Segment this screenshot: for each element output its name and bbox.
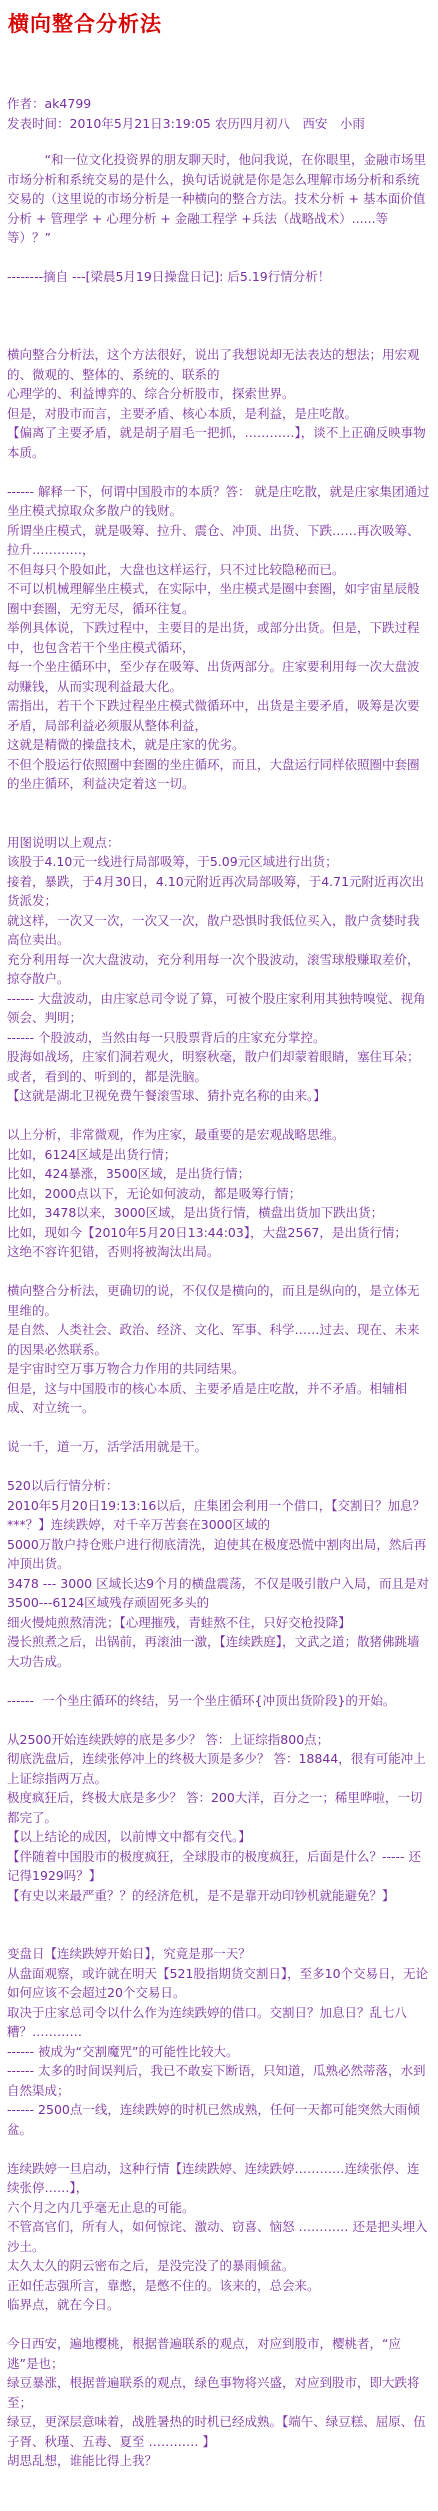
author-value: ak4799 [45, 96, 92, 111]
body-line: ------ 被成为“交割魔咒”的可能性比较大。 [7, 2042, 431, 2062]
body-line: 比如，6124区域是出货行情； [7, 1145, 431, 1165]
body-line: --------摘自 ---[梁晨5月19日操盘日记]: 后5.19行情分析！ [7, 267, 431, 287]
body-line: 不可以机械理解坐庄模式，在实际中，坐庄模式是圈中套圈，如宇宙星辰般圈中套圈，无穷… [7, 579, 431, 618]
body-line: 比如，现如今【2010年5月20日13:44:03】，大盘2567，是出货行情； [7, 1223, 431, 1243]
body-line: 临界点，就在今日。 [7, 2295, 431, 2315]
body-line: 这就是精微的操盘技术，就是庄家的优劣。 [7, 735, 431, 755]
body-line: 今日西安，遍地樱桃，根据普遍联系的观点，对应到股市，樱桃者，“应逃”是也； [7, 2334, 431, 2373]
publish-time-value: 2010年5月21日3:19:05 农历四月初八 西安 小雨 [70, 116, 365, 131]
body-line: 3478 --- 3000 区域长达9个月的横盘震荡，不仅是吸引散户入局，而且是… [7, 1574, 431, 1613]
body-line: 是自然、人类社会、政治、经济、文化、军事、科学……过去、现在、未来的因果必然联系… [7, 1320, 431, 1359]
body-line: 极度疯狂后，终极大底是多少？ 答：200大洋，百分之一；稀里哗啦，一切都完了。 [7, 1788, 431, 1827]
post-meta: 作者：ak4799 发表时间：2010年5月21日3:19:05 农历四月初八 … [7, 94, 431, 133]
blog-post-page: 横向整合分析法 作者：ak4799 发表时间：2010年5月21日3:19:05… [0, 0, 438, 2511]
body-line: 【伴随着中国股市的极度疯狂，全球股市的极度疯狂，后面是什么？----- 还记得1… [7, 1847, 431, 1886]
body-line: 但是，对股市而言，主要矛盾、核心本质，是利益，是庄吃散。 [7, 404, 431, 424]
post-body: “和一位文化投资界的朋友聊天时，他问我说，在你眼里，金融市场里市场分析和系统交易… [7, 150, 431, 2471]
body-line: 【有史以来最严重？？的经济危机，是不是靠开动印钞机就能避免？】 [7, 1886, 431, 1906]
blank-line [7, 1457, 431, 1477]
blank-line [7, 306, 431, 326]
body-line: 变盘日【连续跌婷开始日】，究竟是那一天？ [7, 1944, 431, 1964]
body-line: 用图说明以上观点： [7, 833, 431, 853]
blank-line [7, 2139, 431, 2159]
body-line: 横向整合分析法，这个方法很好，说出了我想说却无法表达的想法；用宏观的、微观的、整… [7, 345, 431, 384]
blank-line [7, 462, 431, 482]
blank-line [7, 1905, 431, 1925]
author-line: 作者：ak4799 [7, 94, 431, 114]
body-line: ------ 大盘波动，由庄家总司令说了算，可被个股庄家利用其独特嗅觉、视角领会… [7, 989, 431, 1028]
body-line: 绿豆，更深层意味着，战胜暑热的时机已经成熟。【端午、绿豆糕、屈原、伍子胥、秋瑾、… [7, 2412, 431, 2451]
body-line: 比如，2000点以下，无论如何波动，都是吸筹行情； [7, 1184, 431, 1204]
publish-time-line: 发表时间：2010年5月21日3:19:05 农历四月初八 西安 小雨 [7, 114, 431, 134]
body-line: 正如任志强所言，靠憋，是憋不住的。该来的，总会来。 [7, 2276, 431, 2296]
body-line: 彻底洗盘后，连续张停冲上的终极大顶是多少？ 答：18844，很有可能冲上上证综指… [7, 1749, 431, 1788]
body-line: 2010年5月20日19:13:16以后，庄集团会利用一个借口，【交割日？加息？… [7, 1496, 431, 1535]
body-line: 比如，3478以来，3000区域，是出货行情，横盘出货加下跌出货； [7, 1203, 431, 1223]
body-line: 比如，424暴涨，3500区域，是出货行情； [7, 1164, 431, 1184]
body-line: 不但每只个股如此，大盘也这样运行，只不过比较隐秘而已。 [7, 560, 431, 580]
body-line: 绿豆暴涨，根据普遍联系的观点，绿色事物将兴盛，对应到股市，即大跌将至； [7, 2373, 431, 2412]
post-title: 横向整合分析法 [7, 8, 431, 38]
blank-line [7, 1262, 431, 1282]
blank-line [7, 813, 431, 833]
publish-time-label: 发表时间： [7, 116, 70, 131]
body-line: 充分利用每一次大盘波动，充分利用每一次个股波动，滚雪球般赚取差价，掠夺散户。 [7, 950, 431, 989]
body-line: 是宇宙时空万事万物合力作用的共同结果。 [7, 1359, 431, 1379]
body-line: 心理学的、利益博弈的、综合分析股市，探索世界。 [7, 384, 431, 404]
body-line: ------ 解释一下，何谓中国股市的本质？答： 就是庄吃散，就是庄家集团通过坐… [7, 482, 431, 521]
body-line: 需指出，若干个下跌过程坐庄模式微循环中，出货是主要矛盾，吸筹是次要矛盾，局部利益… [7, 696, 431, 735]
blank-line [7, 1710, 431, 1730]
body-line: 但是，这与中国股市的核心本质、主要矛盾是庄吃散，并不矛盾。相辅相成、对立统一。 [7, 1379, 431, 1418]
blank-line [7, 794, 431, 814]
blank-line [7, 1671, 431, 1691]
blank-line [7, 2315, 431, 2335]
body-line: 【这就是湖北卫视免费午餐滚雪球、猜扑克名称的由来。】 [7, 1086, 431, 1106]
body-line: 六个月之内几乎毫无止息的可能。 [7, 2198, 431, 2218]
body-line: 所谓坐庄模式，就是吸筹、拉升、震仓、冲顶、出货、下跌……再次吸筹、拉升…………， [7, 521, 431, 560]
body-line: 细火慢炖煎熬清洗；【心理摧残，青蛙熬不住，只好交枪投降】 [7, 1613, 431, 1633]
body-line: 不但个股运行依照圈中套圈的坐庄循环，而且，大盘运行同样依照圈中套圈的坐庄循环，利… [7, 755, 431, 794]
body-line: 以上分析，非常微观，作为庄家，最重要的是宏观战略思维。 [7, 1125, 431, 1145]
body-line: 胡思乱想，谁能比得上我？ [7, 2451, 431, 2471]
body-line: 股海如战场，庄家们洞若观火，明察秋毫，散户们却蒙着眼睛，塞住耳朵；或者，看到的、… [7, 1047, 431, 1086]
body-line: 该股于4.10元一线进行局部吸筹，于5.09元区域进行出货； [7, 852, 431, 872]
body-line: 漫长煎煮之后，出锅前，再滚油一激，【连续跌庭】，文武之道；散猪佛跳墙大功告成。 [7, 1632, 431, 1671]
body-line: 5000万散户持仓账户进行彻底清洗，迫使其在极度恐慌中割肉出局，然后再冲顶出货。 [7, 1535, 431, 1574]
body-line: 就这样，一次又一次，一次又一次，散户恐惧时我低位买入，散户贪婪时我高位卖出。 [7, 911, 431, 950]
blank-line [7, 1418, 431, 1438]
body-line: 横向整合分析法，更确切的说，不仅仅是横向的，而且是纵向的，是立体无里维的。 [7, 1281, 431, 1320]
body-line: 连续跌婷一旦启动，这种行情【连续跌婷、连续跌婷…………连续张停、连续张停……】， [7, 2159, 431, 2198]
blank-line [7, 326, 431, 346]
body-line: 接着，暴跌，于4月30日，4.10元附近再次局部吸筹，于4.71元附近再次出货派… [7, 872, 431, 911]
body-line: ------ 太多的时间误判后，我已不敢妄下断语，只知道，瓜熟必然蒂落，水到自然… [7, 2061, 431, 2100]
body-line: 【偏离了主要矛盾，就是胡子眉毛一把抓，…………】，谈不上正确反映事物本质。 [7, 423, 431, 462]
body-line: 这绝不容许犯错，否则将被淘汰出局。 [7, 1242, 431, 1262]
body-line: 【以上结论的成因，以前博文中都有交代。】 [7, 1827, 431, 1847]
body-line: ------ 个股波动，当然由每一只股票背后的庄家充分掌控。 [7, 1028, 431, 1048]
blank-line [7, 1925, 431, 1945]
body-line: 从盘面观察，或许就在明天【521股指期货交割日】，至多10个交易日，无论如何应该… [7, 1964, 431, 2003]
body-line: 太久太久的阴云密布之后，是没完没了的暴雨倾盆。 [7, 2256, 431, 2276]
body-line: 取决于庄家总司令以什么作为连续跌婷的借口。交割日？加息日？乱七八糟？………… [7, 2003, 431, 2042]
body-line: 从2500开始连续跌婷的底是多少？ 答：上证综指800点； [7, 1730, 431, 1750]
body-line: 不管高官们，所有人，如何惊诧、激动、窃喜、恼怒 ………… 还是把头埋入沙土。 [7, 2217, 431, 2256]
body-line: ------ 2500点一线，连续跌婷的时机已然成熟，任何一天都可能突然大雨倾盆… [7, 2100, 431, 2139]
author-label: 作者： [7, 96, 45, 111]
body-line: 举例具体说，下跌过程中，主要目的是出货，或部分出货。但是，下跌过程中，也包含若干… [7, 618, 431, 657]
body-line: ------ 一个坐庄循环的终结，另一个坐庄循环{冲顶出货阶段}的开始。 [7, 1691, 431, 1711]
body-line: “和一位文化投资界的朋友聊天时，他问我说，在你眼里，金融市场里市场分析和系统交易… [7, 150, 431, 248]
body-line: 520以后行情分析： [7, 1476, 431, 1496]
blank-line [7, 1106, 431, 1126]
blank-line [7, 287, 431, 307]
body-line: 说一千，道一万，活学活用就是干。 [7, 1437, 431, 1457]
blank-line [7, 248, 431, 268]
body-line: 每一个坐庄循环中，至少存在吸筹、出货两部分。庄家要利用每一次大盘波动赚钱，从而实… [7, 657, 431, 696]
